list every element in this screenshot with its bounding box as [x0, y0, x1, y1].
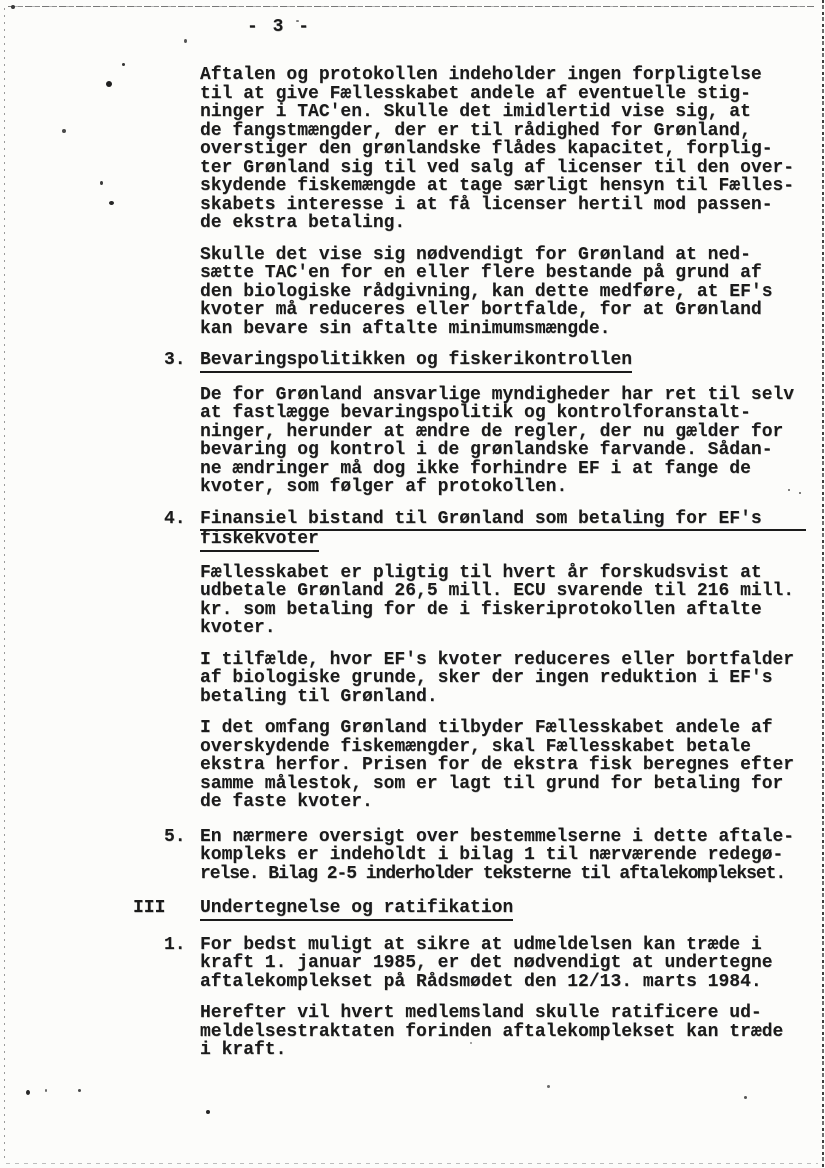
section-iii-number: III	[133, 899, 165, 918]
scan-edge-top	[8, 6, 814, 7]
section-4-title-line1: Finansiel bistand til Grønland som betal…	[200, 510, 806, 532]
document-content: Aftalen og protokollen indeholder ingen …	[0, 66, 825, 1073]
scan-speck	[547, 1085, 550, 1088]
section-3-paragraph: De for Grønland ansvarlige myndigheder h…	[200, 386, 812, 497]
item-5-line1: En nærmere oversigt over bestemmelserne …	[200, 828, 812, 847]
section-iii-title: Undertegnelse og ratifikation	[200, 899, 513, 921]
scanned-document-page: - 3 - Aftalen og protokollen indeholder …	[0, 0, 825, 1168]
scan-edge-bottom	[6, 1163, 818, 1164]
item-1-number: 1.	[164, 936, 186, 955]
section-4-paragraph-3: I det omfang Grønland tilbyder Fællesska…	[200, 719, 812, 812]
page-number: - 3 -	[247, 18, 311, 37]
scan-speck	[26, 1090, 30, 1095]
section-4-number: 4.	[164, 510, 186, 529]
item-5-line3: relse. Bilag 2-5 inderholder teksterne t…	[200, 865, 812, 884]
paragraph-intro-1: Aftalen og protokollen indeholder ingen …	[200, 66, 812, 233]
section-4-heading: 4. Finansiel bistand til Grønland som be…	[200, 510, 812, 551]
item-5-number: 5.	[164, 828, 186, 847]
scan-speck	[744, 1096, 747, 1099]
scan-speck	[206, 1110, 210, 1114]
list-item-5: 5. En nærmere oversigt over bestemmelser…	[200, 828, 812, 884]
scan-speck	[78, 1089, 81, 1092]
scan-speck	[184, 39, 187, 43]
section-3-heading: 3.Bevaringspolitikken og fiskerikontroll…	[200, 351, 812, 373]
section-3-number: 3.	[164, 351, 186, 370]
scan-speck	[45, 1089, 47, 1092]
section-iii-heading: IIIUndertegnelse og ratifikation	[200, 899, 812, 921]
item-1-paragraph: For bedst muligt at sikre at udmeldelsen…	[200, 936, 812, 992]
paragraph-intro-2: Skulle det vise sig nødvendigt for Grønl…	[200, 246, 812, 339]
section-4-title-line2: fiskekvoter	[200, 530, 319, 552]
scan-speck	[11, 5, 15, 9]
section-4-paragraph-1: Fællesskabet er pligtig til hvert år for…	[200, 564, 812, 638]
section-4-paragraph-2: I tilfælde, hvor EF's kvoter reduceres e…	[200, 651, 812, 707]
section-3-title: Bevaringspolitikken og fiskerikontrollen	[200, 351, 632, 373]
list-item-1: 1. For bedst muligt at sikre at udmeldel…	[200, 936, 812, 992]
item-1-paragraph-2: Herefter vil hvert medlemsland skulle ra…	[200, 1004, 812, 1060]
item-5-line2: kompleks er indeholdt i bilag 1 til nærv…	[200, 846, 812, 865]
